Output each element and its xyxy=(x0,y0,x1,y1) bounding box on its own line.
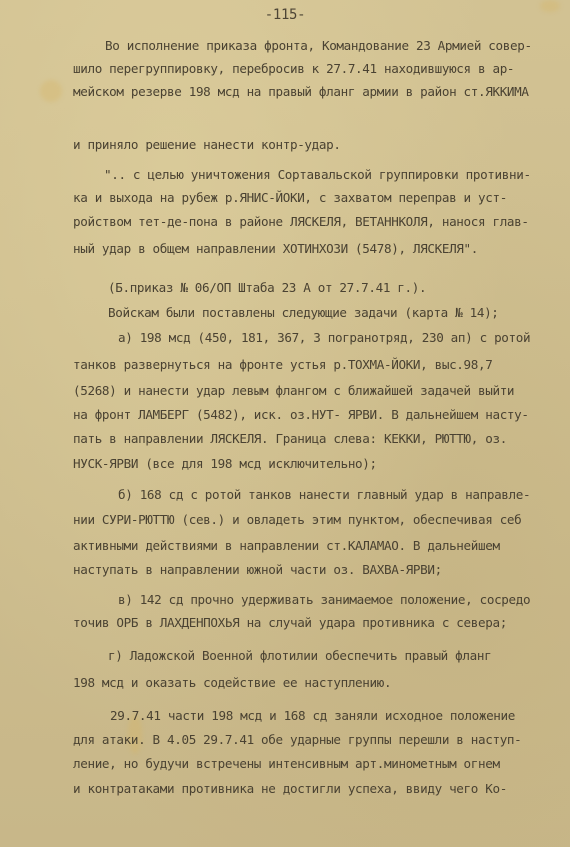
text-line: НУСК-ЯРВИ (все для 198 мсд исключительно… xyxy=(73,456,377,472)
text-line: ".. с целью уничтожения Сортавальской гр… xyxy=(104,167,531,183)
text-line: 29.7.41 части 198 мсд и 168 сд заняли ис… xyxy=(110,708,515,724)
text-line: г) Ладожской Военной флотилии обеспечить… xyxy=(108,648,491,664)
text-line: 198 мсд и оказать содействие ее наступле… xyxy=(73,675,391,691)
text-line: мейском резерве 198 мсд на правый фланг … xyxy=(73,84,529,100)
text-line: (Б.приказ № 06/ОП Штаба 23 А от 27.7.41 … xyxy=(108,280,426,296)
text-line: на фронт ЛАМБЕРГ (5482), иск. оз.НУТ- ЯР… xyxy=(73,407,529,423)
text-line: ройством тет-де-пона в районе ЛЯСКЕЛЯ, В… xyxy=(73,214,529,230)
paper-stain xyxy=(40,80,62,102)
text-line: б) 168 сд с ротой танков нанести главный… xyxy=(118,487,530,503)
text-line: (5268) и нанести удар левым флангом с бл… xyxy=(73,383,514,399)
text-line: наступать в направлении южной части оз. … xyxy=(73,562,442,578)
text-line: и контратаками противника не достигли ус… xyxy=(73,781,507,797)
text-line: точив ОРБ в ЛАХДЕНПОХЬЯ на случай удара … xyxy=(73,615,507,631)
text-line: а) 198 мсд (450, 181, 367, 3 погранотряд… xyxy=(118,330,530,346)
text-line: пать в направлении ЛЯСКЕЛЯ. Граница слев… xyxy=(73,431,507,447)
text-line: шило перегруппировку, перебросив к 27.7.… xyxy=(73,61,514,77)
text-line: ление, но будучи встречены интенсивным а… xyxy=(73,756,500,772)
document-page: -115- Во исполнение приказа фронта, Кома… xyxy=(0,0,570,847)
text-line: ный удар в общем направлении ХОТИНХОЗИ (… xyxy=(73,241,478,257)
text-line: нии СУРИ-РЮТТЮ (сев.) и овладеть этим пу… xyxy=(73,512,521,528)
page-number: -115- xyxy=(0,7,570,23)
text-line: танков развернуться на фронте устья р.ТО… xyxy=(73,357,492,373)
text-line: Во исполнение приказа фронта, Командован… xyxy=(105,38,532,54)
text-line: для атаки. В 4.05 29.7.41 обе ударные гр… xyxy=(73,732,521,748)
text-line: Войскам были поставлены следующие задачи… xyxy=(108,305,499,321)
text-line: и приняло решение нанести контр-удар. xyxy=(73,137,341,153)
text-line: активными действиями в направлении ст.КА… xyxy=(73,538,500,554)
text-line: в) 142 сд прочно удерживать занимаемое п… xyxy=(118,592,530,608)
text-line: ка и выхода на рубеж р.ЯНИС-ЙОКИ, с захв… xyxy=(73,190,507,206)
